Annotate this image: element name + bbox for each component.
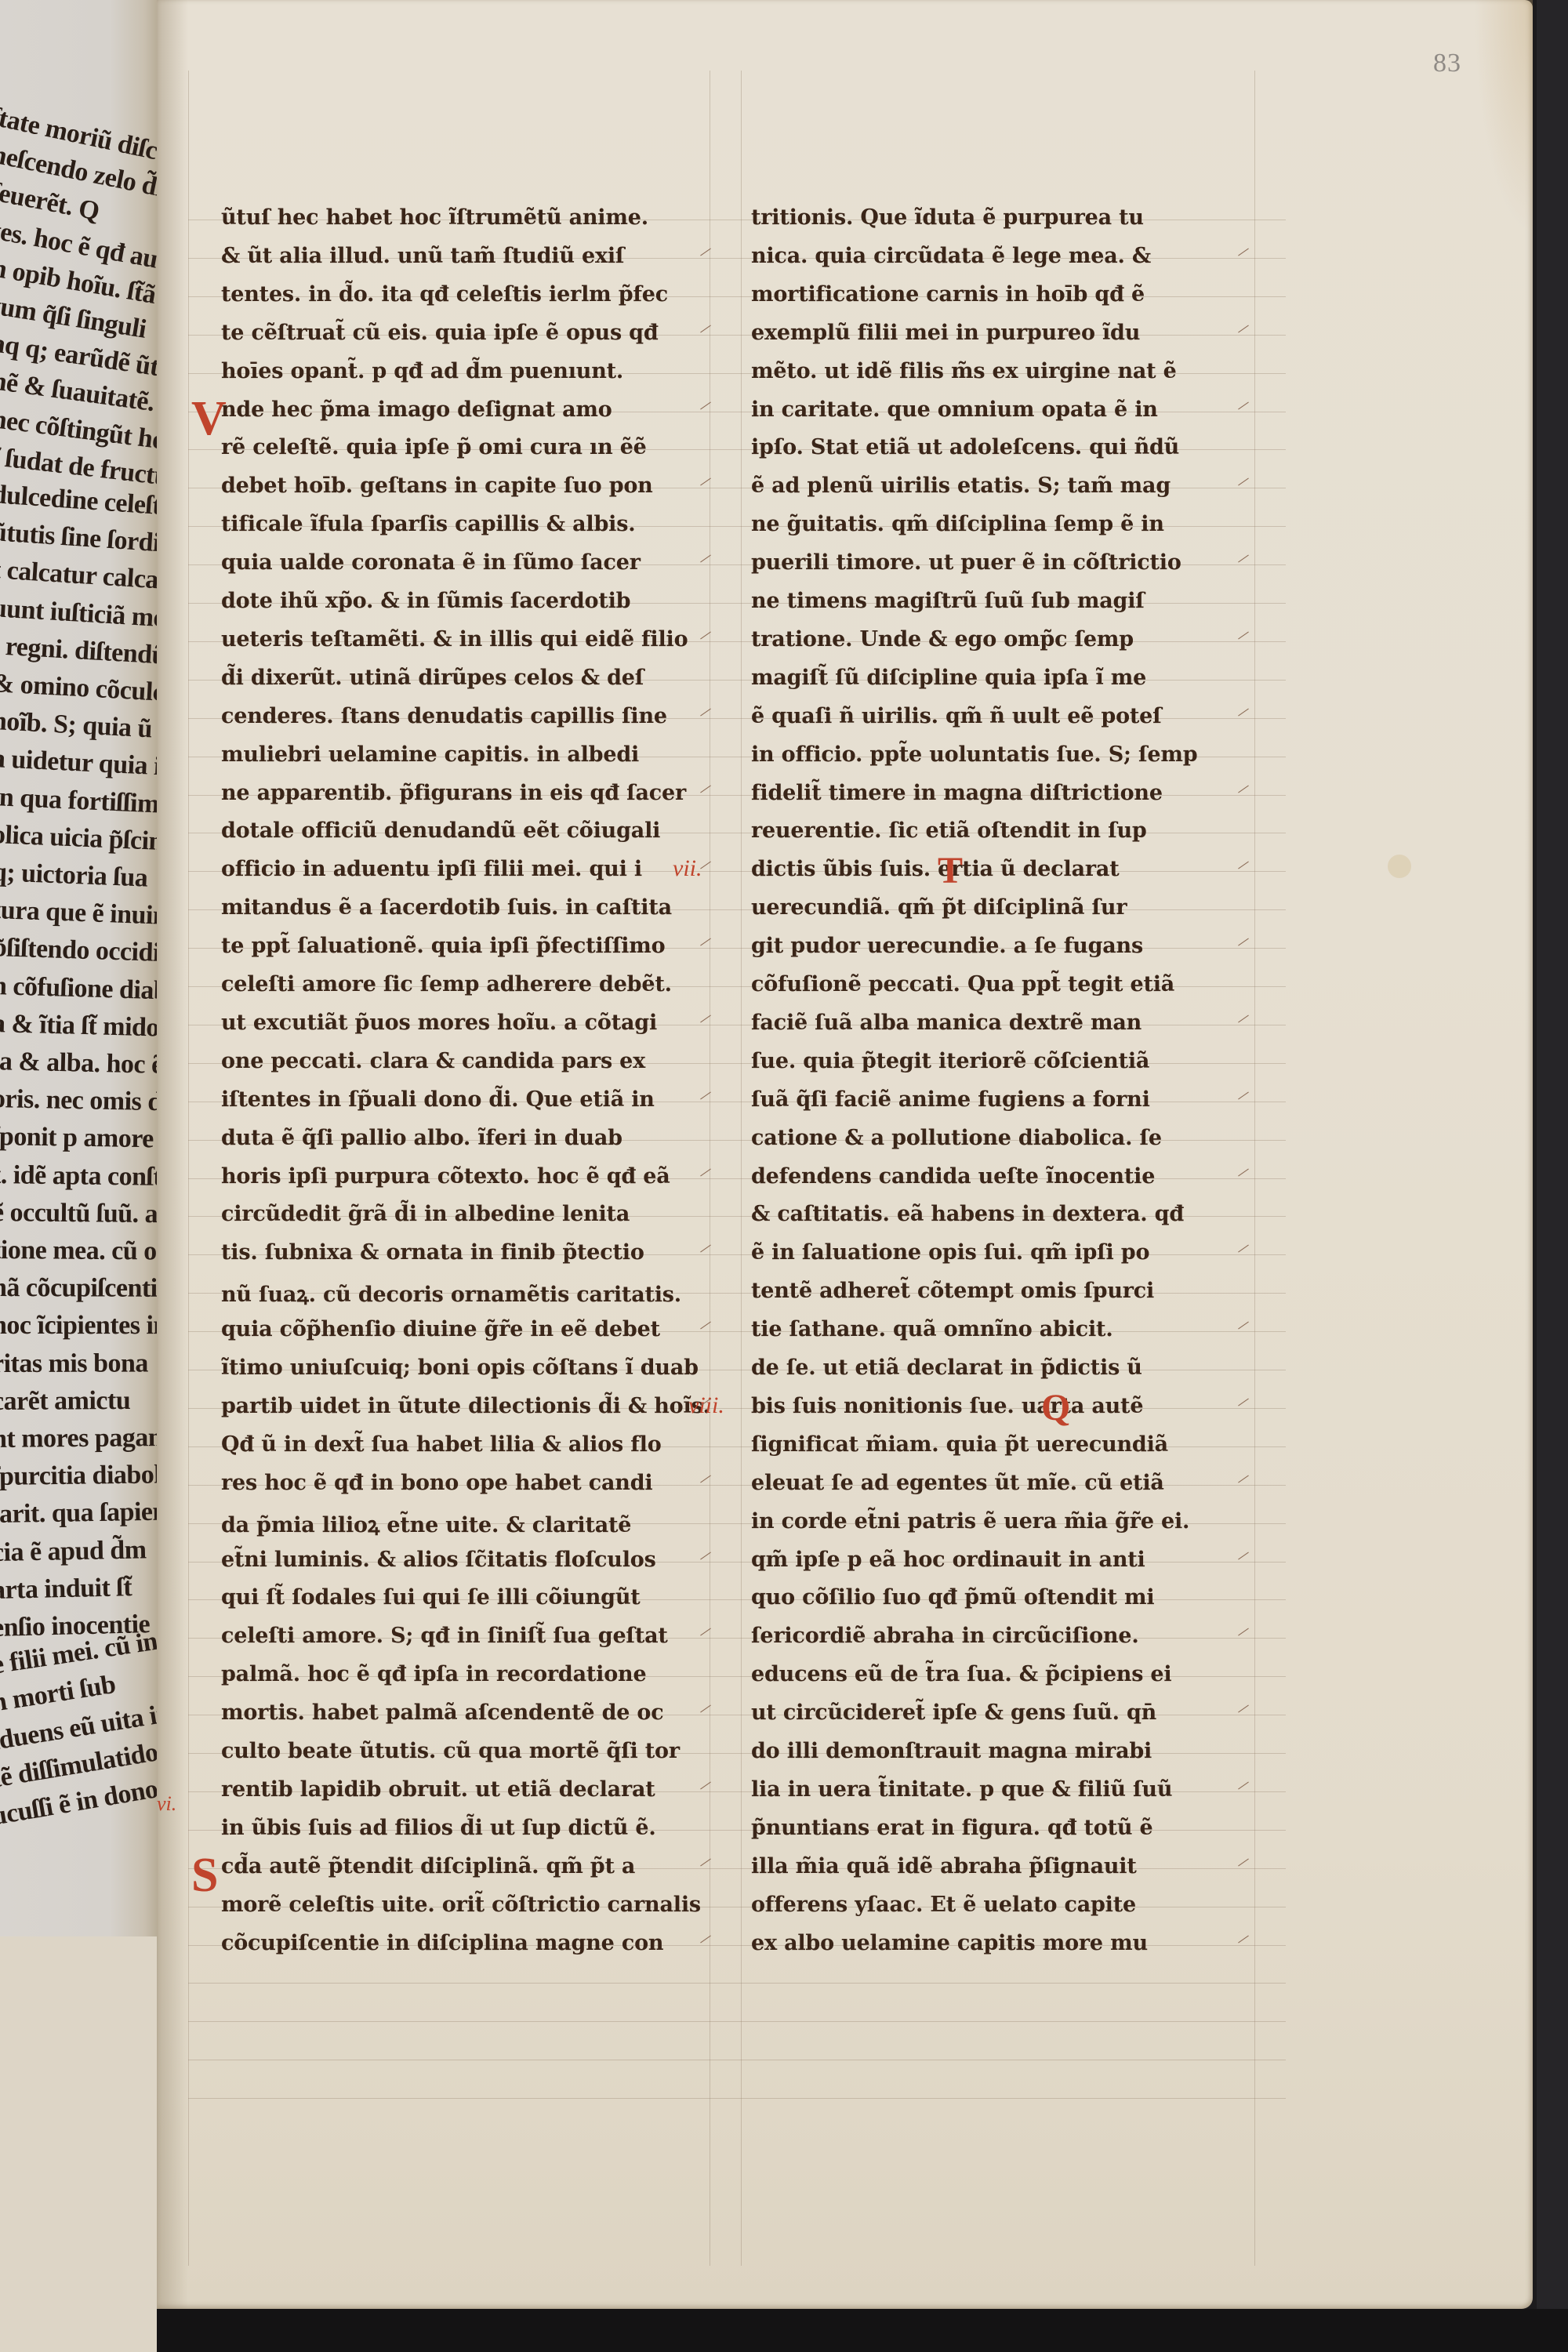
facing-page-line: arta induit ſt̃ (0, 1573, 132, 1606)
text-line: d̃i dixerũt. utinã dirũpes celos & deſ (221, 666, 644, 690)
text-line: res hoc ẽ qđ in bono ope habet candi (221, 1471, 652, 1495)
facing-page-line: cia ẽ apud d̃m (0, 1535, 147, 1568)
text-line: ũtuſ hec habet hoc ĩſtrumẽtũ anime. (221, 205, 648, 230)
rubricated-initial: S (191, 1848, 218, 1904)
text-line: uerecundiã. qm̃ p̃t diſciplinã ſur (751, 895, 1127, 920)
facing-page-line: uunt iuſticiã mea (0, 593, 157, 634)
rubricated-initial: V (191, 391, 227, 447)
text-line: ẽ ad plenũ uirilis etatis. S; tam̃ mag (751, 474, 1171, 498)
text-line: duta ẽ q̃ſi pallio albo. ĩferi in duab (221, 1126, 622, 1150)
text-line: qui ſt̃ ſodales ſui qui ſe illi cõiungũt (221, 1585, 641, 1610)
facing-page-line: tione mea. cũ omi (0, 1236, 157, 1267)
facing-page-line: nt mores paganẽ (0, 1423, 157, 1454)
text-line: & caſtitatis. eã habens in dextera. qđ (751, 1202, 1184, 1226)
marginal-numeral: vii. (673, 855, 702, 882)
background-cloth (1537, 0, 1568, 2352)
marginal-numeral: viii. (688, 1392, 724, 1419)
rubricated-initial: Q (1041, 1386, 1070, 1429)
text-line: dote ihũ xp̃o. & in ſũmis ſacerdotib (221, 589, 630, 613)
text-line: morẽ celeſtis uite. orit̃ cõſtrictio car… (221, 1893, 701, 1917)
left-text-column: ũtuſ hec habet hoc ĩſtrumẽtũ anime.& ũt … (221, 0, 707, 1960)
text-line: one peccati. clara & candida pars ex (221, 1049, 645, 1073)
facing-page-line: ſpurcitia diabolica (0, 1460, 157, 1492)
text-line: horis ipſi purpura cõtexto. hoc ẽ qđ eã (221, 1164, 670, 1189)
rubricated-initial: T (938, 849, 963, 892)
text-line: ipſo. Stat etiã ut adoleſcens. qui ñdũ (751, 435, 1179, 459)
background-cloth-bottom (0, 2309, 1568, 2352)
text-line: & ũt alia illud. unũ tam̃ ſtudiũ exiſ (221, 244, 624, 268)
facing-page-line: a uidetur quia ipſi (0, 744, 157, 783)
text-line: tratione. Unde & ego omp̃c ſemp (751, 627, 1134, 652)
text-line: eleuat ſe ad egentes ũt mĩe. cũ etiã (751, 1471, 1164, 1495)
text-line: in ũbis ſuis ad filios d̃i ut ſup dictũ … (221, 1816, 656, 1840)
text-line: da p̃mia lilioꝝ et̃ne uite. & claritatẽ (221, 1509, 631, 1538)
facing-page-line: p̃ſiſtendo occidit (0, 933, 157, 968)
text-line: tis. ſubnixa & ornata in finib p̃tectio (221, 1240, 644, 1265)
facing-page-line: & omino cõculcã (0, 669, 157, 709)
facing-page-line: oris. nec omis diuicia (0, 1084, 157, 1119)
text-line: fidelit̃ timere in magna diſtrictione (751, 781, 1163, 805)
text-line: de ſe. ut etiã declarat in p̃dictis ũ (751, 1356, 1142, 1380)
text-line: in corde et̃ni patris ẽ uera m̃ia g̃r̃e … (751, 1509, 1189, 1534)
text-line: nũ ſuaꝝ. cũ decoris ornamẽtis caritatis. (221, 1279, 681, 1308)
text-line: ĩtimo uniuſcuiq; boni opis cõſtans ĩ dua… (221, 1356, 699, 1380)
text-line: nica. quia circũdata ẽ lege mea. & (751, 244, 1151, 268)
text-line: mortificatione carnis in hoīb qđ ẽ (751, 282, 1145, 307)
text-line: officio in aduentu ipſi filii mei. qui i (221, 857, 642, 881)
text-line: tie ſathane. quã omnĩno abicit. (751, 1317, 1113, 1341)
text-line: catione & a pollutione diabolica. ſe (751, 1126, 1162, 1150)
facing-page-line: hoĩb. S; quia ũ (0, 706, 153, 744)
text-line: rẽ celeſtẽ. quia ipſe p̃ omi cura ın ẽẽ (221, 435, 647, 459)
foxing-spot (1388, 855, 1411, 878)
text-line: circũdedit g̃rã d̃i in albedine lenita (221, 1202, 630, 1226)
text-line: hoīes opant̃. p qđ ad d̃m puenıunt. (221, 359, 623, 383)
text-line: ueteris teſtamẽti. & in illis qui eidẽ f… (221, 627, 688, 652)
text-line: git pudor uerecundie. a ſe fugans (751, 934, 1143, 958)
text-line: tritionis. Que ĩduta ẽ purpurea tu (751, 205, 1144, 230)
facing-page-blank-area (0, 1936, 157, 2352)
facing-page-line: nã cõcupiſcentie (0, 1273, 157, 1304)
facing-page-line: ia & alba. hoc ẽ (0, 1047, 157, 1080)
text-line: cenderes. ſtans denudatis capillis ſine (221, 704, 667, 728)
text-line: mitandus ẽ a ſacerdotib ſuis. in caſtita (221, 895, 672, 920)
text-line: rentib lapidib obruit. ut etiã declarat (221, 1777, 655, 1802)
text-line: in caritate. que omnium opata ẽ in (751, 397, 1158, 422)
text-line: et̃ni luminis. & alios ſc̃itatis floſcul… (221, 1548, 656, 1572)
text-line: quia cõp̃henſio diuine g̃r̃e in eẽ debet (221, 1317, 660, 1341)
text-line: ne timens magiſtrũ ſuũ ſub magiſ (751, 589, 1145, 613)
gutter-shadow (157, 0, 188, 2309)
ruling-line (188, 2021, 1286, 2022)
text-line: ſignificat m̃iam. quia p̃t uerecundiã (751, 1432, 1168, 1457)
facing-page-line: q; uictoria ſua (0, 858, 148, 894)
text-line: celeſti amore. S; qđ in ſiniſt̃ ſua geſt… (221, 1624, 668, 1648)
text-line: muliebri uelamine capitis. in albedi (221, 742, 639, 767)
text-line: palmã. hoc ẽ qđ ipſa in recordatione (221, 1662, 646, 1686)
text-line: qm̃ ipſe p eã hoc ordinauit in anti (751, 1548, 1145, 1572)
text-line: exemplũ filii mei in purpureo ĩdu (751, 321, 1140, 345)
text-line: ſericordiẽ abraha in circũciſione. (751, 1624, 1139, 1648)
text-line: mortis. habet palmã aſcendentẽ de oc (221, 1700, 663, 1725)
text-line: magiſt̃ ſũ diſcipline quia ipſa ĩ me (751, 666, 1146, 690)
facing-page-line: ẽ occultũ ſuũ. arbi (0, 1198, 157, 1230)
text-line: nde hec p̃ma imago deſignat amo (221, 397, 612, 422)
text-line: illa m̃ia quã idẽ abraha p̃ſignauit (751, 1854, 1137, 1878)
text-line: reuerentie. ſic etiã oſtendit in ſup (751, 818, 1147, 843)
facing-page-line: ĩponit p amore (0, 1122, 154, 1154)
text-line: ut excutiãt p̃uos mores hoĩu. a cõtagi (221, 1011, 657, 1035)
facing-page-line: larit. qua ſapientia (0, 1497, 157, 1530)
text-line: te cẽſtruat̃ cũ eis. quia ipſe ẽ opus qđ (221, 321, 659, 345)
text-line: cõcupiſcentie in diſciplina magne con (221, 1931, 663, 1955)
text-line: mẽto. ut idẽ filis m̃s ex uirgine nat ẽ (751, 359, 1177, 383)
ruling-line (188, 2098, 1286, 2099)
facing-page-line: carẽt amictu (0, 1386, 130, 1417)
facing-page-line: olica uicia p̃ſcinunt (0, 820, 157, 858)
text-line: ne apparentib. p̃figurans in eis qđ ſace… (221, 781, 686, 805)
facing-page-line: tura que ẽ inuincibil (0, 895, 157, 933)
text-line: celeſti amore ſic ſemp adherere debẽt. (221, 972, 672, 996)
facing-page-line: hoc ĩcipientes in (0, 1311, 157, 1341)
facing-page-line: n cõfuſione diabolica (0, 971, 157, 1007)
text-line: te ppt̃ ſaluationẽ. quia ipſi p̃fectiſſi… (221, 934, 666, 958)
text-line: iſtentes in ſp̃uali dono d̃i. Que etiã i… (221, 1087, 655, 1112)
text-line: ẽ in ſaluatione opis ſui. qm̃ ipſi po (751, 1240, 1149, 1265)
right-text-column: tritionis. Que ĩduta ẽ purpurea tunica. … (751, 0, 1237, 1960)
text-line: debet hoīb. geſtans in capite ſuo pon (221, 474, 653, 498)
folio-number: 83 (1433, 49, 1461, 78)
text-line: bis ſuis nonitionis ſue. uarta autẽ (751, 1394, 1143, 1418)
text-line: culto beate ũtutis. cũ qua mortẽ q̃ſi to… (221, 1739, 680, 1763)
text-line: dictis ũbis ſuis. ertia ũ declarat (751, 857, 1119, 881)
text-line: puerili timore. ut puer ẽ in cõſtrictio (751, 550, 1181, 575)
text-line: offerens yſaac. Et ẽ uelato capite (751, 1893, 1136, 1917)
text-line: ſue. quia p̃tegit iteriorẽ cõſcientiã (751, 1049, 1149, 1073)
text-line: tentẽ adheret̃ cõtempt omis ſpurci (751, 1279, 1154, 1303)
text-line: ẽ quaſi ñ uirilis. qm̃ ñ uult eẽ poteſ (751, 704, 1162, 728)
text-line: dotale officiũ denudandũ eẽt cõiugali (221, 818, 660, 843)
facing-page-line: in qua fortiſſime (0, 782, 157, 820)
facing-page-line: a & ĩtia ſt̃ mido (0, 1009, 157, 1043)
text-line: do illi demonſtrauit magna mirabi (751, 1739, 1152, 1763)
text-line: in officio. ppt̃e uoluntatis ſue. S; ſem… (751, 742, 1197, 767)
text-line: faciẽ ſuã alba manica dextrẽ man (751, 1011, 1142, 1035)
vertical-ruling (188, 71, 189, 2266)
marginal-numeral: vi. (157, 1792, 176, 1816)
corner-stain (1474, 0, 1533, 235)
text-line: p̃nuntians erat in figura. qđ totũ ẽ (751, 1816, 1153, 1840)
vertical-ruling (741, 71, 742, 2266)
text-line: tentes. in d̃o. ita qđ celeſtis ierlm p̃… (221, 282, 668, 307)
vertical-ruling (1254, 71, 1255, 2266)
facing-page-line: ritas mis bona (0, 1348, 148, 1378)
text-line: defendens candida ueſte ĩnocentie (751, 1164, 1155, 1189)
text-line: quo cõſilio ſuo qđ p̃mũ oſtendit mi (751, 1585, 1154, 1610)
facing-page-line: ũtutis ſine ſordib (0, 517, 157, 559)
text-line: tificale ĩfula ſparſis capillis & albis. (221, 512, 635, 536)
text-line: Qđ ũ in dext̃ ſua habet lilia & alios fl… (221, 1432, 662, 1457)
facing-page-edge: ſtate moriũ diſcurrũtneſcendo zelo d̃i. … (0, 0, 157, 2352)
text-line: educens eũ de t̃ra ſua. & p̃cipiens ei (751, 1662, 1171, 1686)
text-line: ut circũcideret̃ ipſe & gens ſuũ. qn̄ (751, 1700, 1156, 1725)
text-line: ſuã q̃ſi faciẽ anime fugiens a forni (751, 1087, 1150, 1112)
text-line: partib uidet in ũtute dilectionis d̃i & … (221, 1394, 710, 1418)
ruling-line (188, 2060, 1286, 2060)
facing-page-line: l regni. diſtendũ (0, 631, 157, 671)
facing-page-line: t calcatur calcauit (0, 555, 157, 597)
text-line: quia ualde coronata ẽ in ſũmo ſacer (221, 550, 641, 575)
text-line: ne g̃uitatis. qm̃ diſciplina ſemp ẽ in (751, 512, 1164, 536)
text-line: ex albo uelamine capitis more mu (751, 1931, 1148, 1955)
text-line: cõfuſionẽ peccati. Qua ppt̃ tegit etiã (751, 972, 1174, 996)
text-line: cd̃a autẽ p̃tendit diſciplinã. qm̃ p̃t a (221, 1854, 635, 1878)
text-line: lia in uera t̃initate. p que & filiũ ſuũ (751, 1777, 1172, 1802)
facing-page-line: t. idẽ apta conſtitui (0, 1160, 157, 1192)
ruling-line (188, 1983, 1286, 1984)
